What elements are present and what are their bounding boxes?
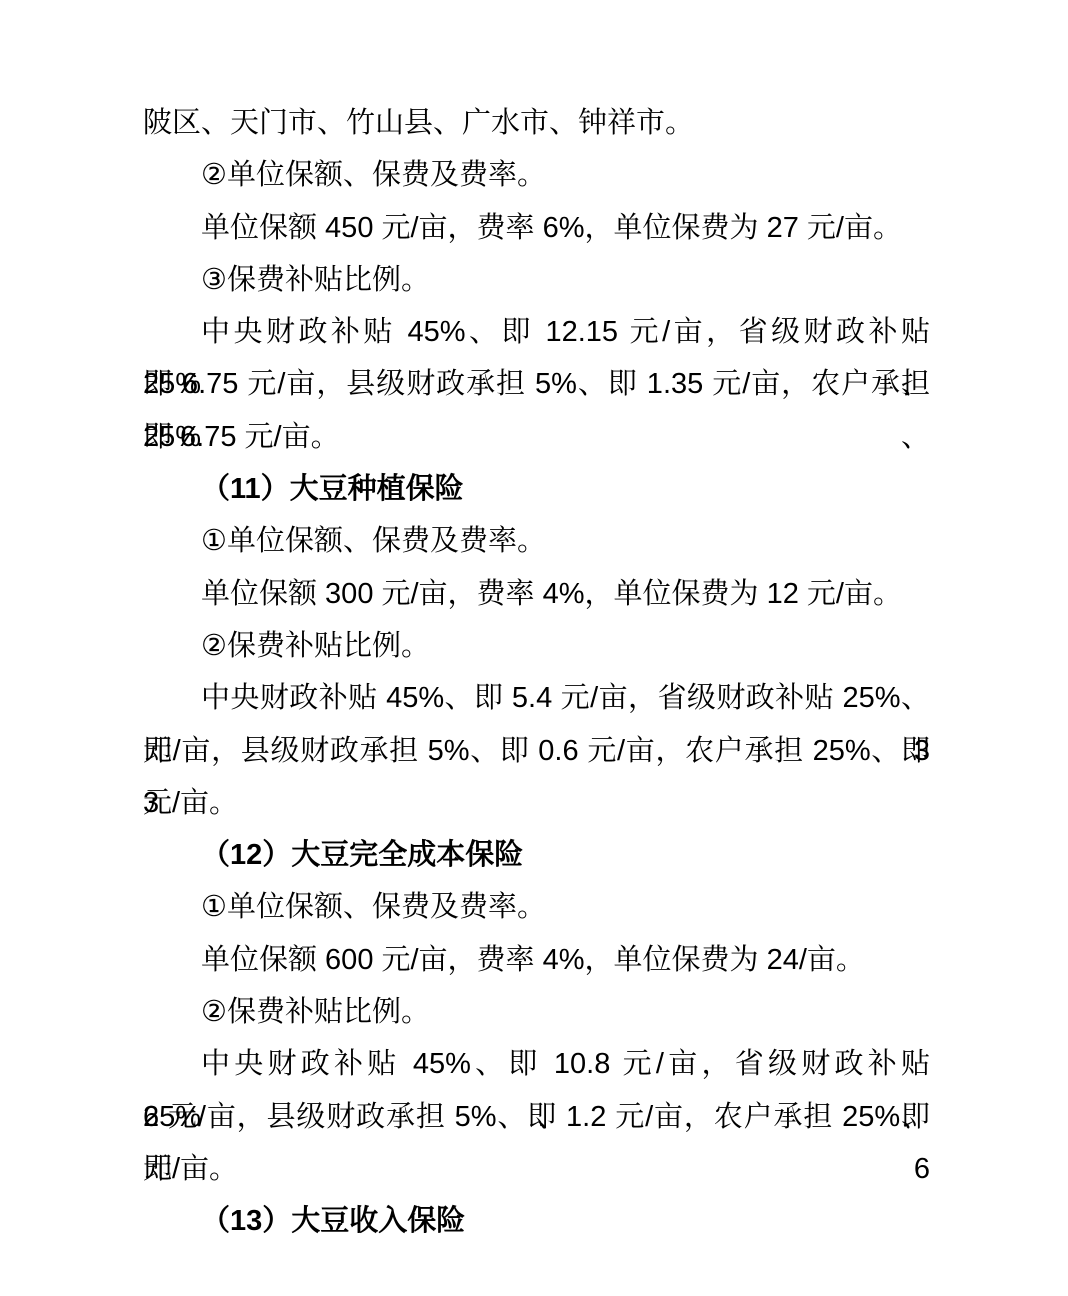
text-line: 单位保额 600 元/亩，费率 4%，单位保费为 24/亩。 [143,934,930,986]
text-line: 单位保额 300 元/亩，费率 4%，单位保费为 12 元/亩。 [143,568,930,620]
text-line: ②保费补贴比例。 [143,620,930,672]
text-line: 中央财政补贴 45%、即 10.8 元/亩，省级财政补贴 25%、即 [143,1038,930,1090]
text-line: 即 6.75 元/亩，县级财政承担 5%、即 1.35 元/亩，农户承担 25%… [143,358,930,410]
document-page: 陂区、天门市、竹山县、广水市、钟祥市。②单位保额、保费及费率。单位保额 450 … [0,0,1068,1296]
text-line: ①单位保额、保费及费率。 [143,881,930,933]
text-line: 6 元/亩，县级财政承担 5%、即 1.2 元/亩，农户承担 25%、即 6 [143,1091,930,1143]
text-line: ②保费补贴比例。 [143,986,930,1038]
document-body: 陂区、天门市、竹山县、广水市、钟祥市。②单位保额、保费及费率。单位保额 450 … [143,97,930,1248]
text-line: ③保费补贴比例。 [143,254,930,306]
text-line: 中央财政补贴 45%、即 5.4 元/亩，省级财政补贴 25%、即 3 [143,672,930,724]
text-line: ①单位保额、保费及费率。 [143,515,930,567]
text-line: ②单位保额、保费及费率。 [143,149,930,201]
text-line: 单位保额 450 元/亩，费率 6%，单位保费为 27 元/亩。 [143,202,930,254]
text-line: 陂区、天门市、竹山县、广水市、钟祥市。 [143,97,930,149]
text-line: 元/亩，县级财政承担 5%、即 0.6 元/亩，农户承担 25%、即 3 [143,725,930,777]
heading-line: （13）大豆收入保险 [143,1195,930,1247]
heading-line: （12）大豆完全成本保险 [143,829,930,881]
heading-line: （11）大豆种植保险 [143,463,930,515]
text-line: 中央财政补贴 45%、即 12.15 元/亩，省级财政补贴 25%、 [143,306,930,358]
text-line: 元/亩。 [143,777,930,829]
